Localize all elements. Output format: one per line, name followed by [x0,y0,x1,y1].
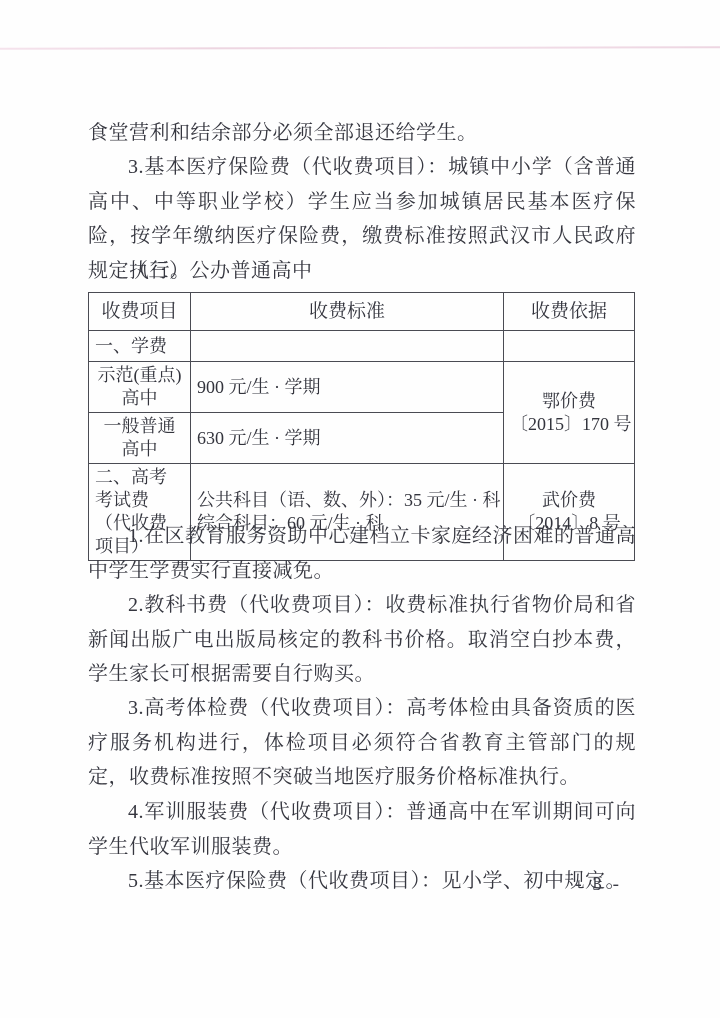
exam-standard-public-subjects: 公共科目（语、数、外）：35 元/生 · 科 [197,489,497,512]
paragraph-canteen-refund: 食堂营利和结余部分必须全部退还给学生。 [88,116,636,151]
paragraph-text: 食堂营利和结余部分必须全部退还给学生。 [88,116,636,151]
document-page: 食堂营利和结余部分必须全部退还给学生。 3.基本医疗保险费（代收费项目）：城镇中… [0,0,720,1018]
scan-artifact-line [0,46,720,50]
cell-tuition-basis-empty [504,331,635,362]
paragraph-textbook-fee: 2.教科书费（代收费项目）：收费标准执行省物价局和省新闻出版广电出版局核定的教科… [88,588,636,692]
table-row-tuition: 一、学费 [89,331,635,362]
table-header-row: 收费项目 收费标准 收费依据 [89,293,635,331]
heading-text: （三）公办普通高中 [88,254,636,289]
basis-doc-number: 〔2015〕170 号 [510,413,628,436]
cell-general-standard: 630 元/生 · 学期 [191,413,504,464]
header-fee-standard: 收费标准 [191,293,504,331]
section-heading-public-high-school: （三）公办普通高中 [88,254,636,289]
page-number: - 3 - [88,874,634,896]
paragraph-physical-exam-fee: 3.高考体检费（代收费项目）：高考体检由具备资质的医疗服务机构进行，体检项目必须… [88,691,636,795]
cell-basis-merged: 鄂价费 〔2015〕170 号 [504,362,635,464]
header-fee-basis: 收费依据 [504,293,635,331]
paragraph-text: 2.教科书费（代收费项目）：收费标准执行省物价局和省新闻出版广电出版局核定的教科… [88,588,636,692]
paragraph-military-training-uniform-fee: 4.军训服装费（代收费项目）：普通高中在军训期间可向学生代收军训服装费。 [88,795,636,864]
paragraph-text: 1.在区教育服务资助中心建档立卡家庭经济困难的普通高中学生学费实行直接减免。 [88,519,636,588]
basis-doc-name: 鄂价费 [510,390,628,413]
cell-tuition-standard-empty [191,331,504,362]
table-row-model-high-school: 示范(重点)高中 900 元/生 · 学期 鄂价费 〔2015〕170 号 [89,362,635,413]
paragraph-tuition-waiver: 1.在区教育服务资助中心建档立卡家庭经济困难的普通高中学生学费实行直接减免。 [88,519,636,588]
paragraph-text: 4.军训服装费（代收费项目）：普通高中在军训期间可向学生代收军训服装费。 [88,795,636,864]
cell-tuition-item: 一、学费 [89,331,191,362]
header-fee-item: 收费项目 [89,293,191,331]
cell-general-item: 一般普通高中 [89,413,191,464]
paragraph-text: 3.高考体检费（代收费项目）：高考体检由具备资质的医疗服务机构进行，体检项目必须… [88,691,636,795]
cell-model-item: 示范(重点)高中 [89,362,191,413]
exam-basis-doc-name: 武价费 [510,489,628,512]
cell-model-standard: 900 元/生 · 学期 [191,362,504,413]
